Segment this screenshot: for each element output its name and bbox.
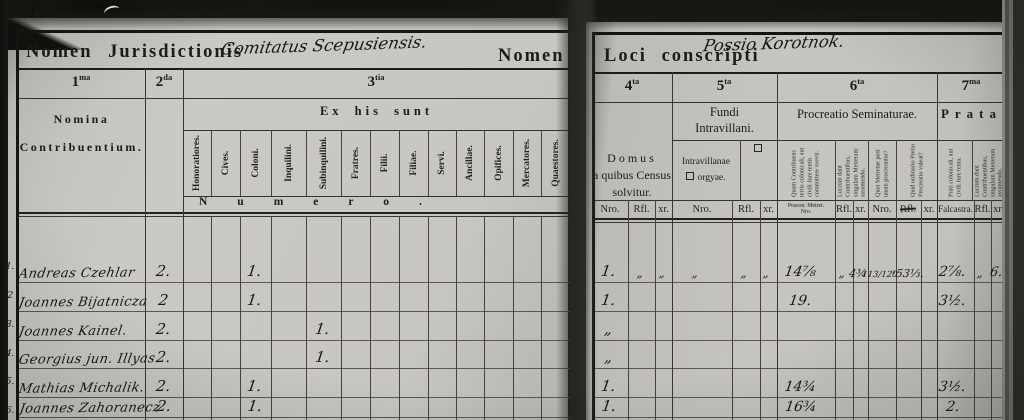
- rule-vertical: [484, 216, 485, 420]
- intravillanae-orgyae-subheader: Intravillanae orgyae.: [672, 140, 740, 200]
- unit-label-rfl: Rfl.: [974, 200, 991, 218]
- unit-label-nro: Nro.: [868, 200, 896, 218]
- subcolumn-opifices: Opifices.: [484, 130, 513, 196]
- rule-horizontal: [18, 68, 570, 70]
- unit-label-text: Rfl.: [836, 204, 852, 215]
- unit-label-text: xr.: [855, 204, 866, 215]
- column-number-base: 1: [72, 74, 80, 90]
- cell-subinquilini: 1.: [299, 311, 347, 338]
- cell-metret-nro: 19.: [777, 282, 825, 309]
- rule-horizontal: [16, 30, 572, 33]
- row-name: Joannes Kainel.: [18, 310, 161, 339]
- row-name: Georgius jun. Illyas.: [18, 339, 161, 367]
- row-number: 5.: [2, 376, 17, 387]
- domus-census-header: Domus a quibus Census solvitur.: [592, 150, 672, 200]
- procreatio-rotated-text: Quot Metretae post unam procreantur?: [874, 143, 890, 197]
- cell-persons: 2.: [140, 368, 188, 395]
- subcolumn-label: Servi.: [437, 151, 447, 174]
- column-number-ordinal-suffix: ma: [969, 76, 980, 86]
- rule-vertical: [655, 200, 656, 420]
- cell-fundi-nro: „: [672, 253, 720, 280]
- nomina-contribuentium-header: Nomina Contribuentium.: [18, 112, 145, 155]
- fundi-intravillani-header: Fundi Intravillani.: [672, 105, 777, 136]
- unit-label-falcastra: Falcastra.: [937, 200, 974, 218]
- procreatio-rotated-text: Quid ordinario Pretio Procreatio valeat?: [909, 143, 925, 197]
- prata-header: Prata: [937, 106, 1006, 122]
- subcolumn-label: Filii.: [380, 154, 390, 173]
- procreatio-rotated-subheader: Quot Metretae post unam procreantur?: [868, 140, 896, 200]
- procreatio-rotated-subheader: Quid ordinario Pretio Procreatio valeat?: [896, 140, 937, 200]
- cell-domus-nro: „: [585, 311, 633, 338]
- unit-label-xr: xr.: [853, 200, 868, 218]
- fundi-line: Fundi: [672, 105, 777, 121]
- subcolumn-label: Inquilini.: [284, 144, 294, 182]
- census-register-scan: . ſ . Nomen Jurisdictionis Comitatus Sce…: [0, 0, 1024, 420]
- unit-label-text: xr.: [763, 204, 774, 215]
- subcolumn-cives: Cives.: [211, 130, 240, 196]
- rule-vertical: [428, 216, 429, 420]
- rule-vertical: [399, 216, 400, 420]
- subcolumn-label: Coloni.: [251, 148, 261, 177]
- row-number: 1.: [2, 261, 17, 272]
- row-number: 6.: [2, 405, 17, 416]
- column-number-ordinal-suffix: ta: [857, 76, 864, 86]
- subcolumn-label: Subinquilini.: [319, 137, 329, 190]
- row-name: Andreas Czehlar: [18, 252, 161, 281]
- unit-label-xr: xr.: [921, 200, 937, 218]
- subcolumn-ancillae: Ancillae.: [456, 130, 484, 196]
- orgyae-text: orgyae.: [697, 173, 725, 183]
- column-number-ordinal-suffix: da: [163, 72, 172, 82]
- subcolumn-filii: Filii.: [370, 130, 399, 196]
- column-number-base: 3: [368, 74, 376, 90]
- cell-coloni: 1.: [231, 282, 279, 309]
- column-number-3: 3tia: [346, 72, 406, 91]
- scan-scratch-mark: [103, 4, 122, 19]
- unit-label-xr: xr.: [991, 200, 1006, 218]
- procreatio-rotated-subheader: Lucrum dant Contribuentibus, singulam Me…: [835, 140, 868, 200]
- prata-rotated-subheader: Lucrum dant Contribuentibus, singulam Me…: [972, 140, 1006, 200]
- column-number-ordinal-suffix: ta: [632, 76, 639, 86]
- cell-subinquilini: 1.: [299, 340, 347, 366]
- unit-label-xr: xr.: [655, 200, 672, 218]
- subcolumn-servi: Servi.: [428, 130, 456, 196]
- subcolumn-filiae: Filiae.: [399, 130, 428, 196]
- rule-vertical: [991, 200, 992, 420]
- rule-horizontal: [592, 311, 1004, 312]
- unit-label-text: xr.: [993, 204, 1004, 215]
- rule-horizontal: [592, 102, 1006, 103]
- column-number-base: 7: [962, 78, 970, 94]
- rule-horizontal: [18, 98, 570, 99]
- unit-label-line: Nro.: [801, 209, 811, 215]
- row-name: Joannes Bijatnicza: [18, 281, 161, 310]
- scan-blotch: [250, 0, 510, 14]
- rule-horizontal: [592, 417, 1004, 418]
- cell-coloni: 1.: [231, 368, 279, 395]
- rule-vertical: [921, 200, 922, 420]
- cell-domus-nro: 1.: [585, 282, 633, 309]
- rule-vertical: [456, 216, 457, 420]
- rule-vertical: [853, 200, 854, 420]
- unit-label-text: Falcastra.: [938, 204, 973, 214]
- rule-vertical: [211, 216, 212, 420]
- subcolumn-quaestores: Quaestores.: [541, 130, 570, 196]
- subcolumn-mercatores: Mercatores.: [513, 130, 541, 196]
- row-name: Mathias Michalik.: [18, 367, 161, 396]
- unit-label-xr: xr.: [760, 200, 777, 218]
- unit-label-text: Nro.: [693, 204, 712, 215]
- procreatio-rotated-text: Quam Contribuens terris colonicali, aut …: [791, 143, 822, 197]
- column-number-7: 7ma: [941, 76, 1001, 95]
- row-number: 2: [2, 290, 17, 301]
- cell-prata-xr: 6.: [973, 253, 1021, 280]
- subcolumn-label: Honoratiores.: [192, 135, 202, 191]
- column-number-ordinal-suffix: ta: [724, 76, 731, 86]
- unit-label-rfl: Rfl.: [835, 200, 853, 218]
- unit-label-text: Rfl.: [738, 204, 754, 215]
- rule-horizontal: [18, 417, 570, 418]
- procreatio-rotated-subheader: Quam Contribuens terris colonicali, aut …: [777, 140, 835, 200]
- unit-label-text: xr.: [658, 204, 669, 215]
- unit-label-text: Rfl.: [974, 204, 990, 215]
- subcolumn-coloni: Coloni.: [240, 130, 271, 196]
- rule-vertical: [732, 200, 733, 420]
- row-number: 3.: [2, 319, 17, 330]
- nomina-line: Nomina: [18, 112, 145, 126]
- nomen-label: Nomen: [498, 46, 565, 67]
- column-number-4: 4ta: [602, 76, 662, 95]
- corner-pen-marks: . ſ .: [12, 2, 62, 16]
- column-number-2: 2da: [134, 72, 194, 91]
- domus-line: a quibus Census: [592, 167, 672, 184]
- rule-vertical: [1004, 32, 1006, 420]
- column-number-5: 5ta: [694, 76, 754, 95]
- unit-label-text: Rfl.: [633, 204, 649, 215]
- row-number: 4.: [2, 348, 17, 359]
- cell-domus-nro: 1.: [586, 397, 633, 415]
- subcolumn-fratres: Fratres.: [341, 130, 370, 196]
- cell-domus-nro: 1.: [585, 368, 633, 395]
- unit-label-text: Rfl.: [900, 203, 917, 215]
- rule-vertical: [541, 216, 542, 420]
- unit-label-nro: Nro.: [592, 200, 628, 218]
- prata-rotated-subheader: Prati colonicali, aut civili Jure tenta.: [937, 140, 972, 200]
- unit-label-nro: Nro.: [672, 200, 732, 218]
- cell-persons: 2.: [141, 397, 188, 415]
- cell-metret-nro: 14⅞: [777, 253, 825, 280]
- unit-label-text: Nro.: [873, 204, 892, 215]
- prata-rotated-text: Lucrum dant Contribuentibus, singulam Me…: [974, 143, 1005, 197]
- subcolumn-label: Opifices.: [494, 145, 504, 181]
- rule-horizontal: [592, 340, 1004, 341]
- cell-persons: 2.: [140, 311, 188, 338]
- subcolumn-label: Ancillae.: [465, 145, 475, 181]
- unit-label-possonmetretnro: Posson. Metret.Nro.: [777, 200, 835, 218]
- cell-quot-rfl: ˣ53⅓.: [885, 253, 933, 280]
- unit-label-rfl: Rfl.: [628, 200, 655, 218]
- fundi-line: Intravillani.: [672, 121, 777, 137]
- unit-label-text: Nro.: [601, 204, 620, 215]
- scan-blotch: [52, 0, 148, 18]
- domus-line: solvitur.: [592, 184, 672, 201]
- procreatio-rotated-text: Lucrum dant Contribuentibus, singulam Me…: [836, 143, 867, 197]
- cell-falcastra: 2.: [930, 397, 977, 415]
- column-number-ordinal-suffix: ma: [79, 72, 90, 82]
- cell-coloni: 1.: [231, 253, 279, 280]
- column-number-ordinal-suffix: tia: [375, 72, 384, 82]
- square-symbol-icon: [686, 172, 694, 180]
- domus-line: Domus: [592, 150, 672, 167]
- cell-falcastra: 3½.: [929, 368, 977, 395]
- subcolumn-label: Fratres.: [351, 147, 361, 179]
- rule-vertical: [777, 72, 778, 420]
- rule-horizontal: [592, 72, 1006, 74]
- rule-horizontal: [18, 216, 570, 217]
- prata-rotated-text: Prati colonicali, aut civili Jure tenta.: [947, 143, 963, 197]
- contribuentium-line: Contribuentium.: [20, 140, 144, 154]
- subcolumn-inquilini: Inquilini.: [271, 130, 306, 196]
- square-symbol-icon: [754, 144, 762, 152]
- numero-row-label: Numero.: [199, 196, 452, 208]
- unit-label-rfl: Rfl.: [732, 200, 760, 218]
- subcolumn-honoratiores: Honoratiores.: [183, 130, 211, 196]
- subcolumn-label: Quaestores.: [551, 139, 561, 187]
- unit-label-text: xr.: [924, 204, 935, 215]
- rule-horizontal: [18, 212, 570, 214]
- subcolumn-label: Mercatores.: [522, 139, 532, 187]
- column-number-6: 6ta: [827, 76, 887, 95]
- rule-vertical: [760, 200, 761, 420]
- rule-vertical: [740, 140, 741, 200]
- procreatio-seminaturae-header: Procreatio Seminaturae.: [777, 107, 937, 122]
- unit-label-rfl: Rfl.: [896, 200, 921, 218]
- rule-vertical: [370, 216, 371, 420]
- subcolumn-subinquilini: Subinquilini.: [306, 130, 341, 196]
- cell-coloni: 1.: [232, 397, 279, 415]
- rule-vertical: [513, 216, 514, 420]
- cell-metret-nro: 16¾: [778, 397, 825, 415]
- cell-falcastra: 3½.: [929, 282, 977, 309]
- subcolumn-label: Cives.: [221, 151, 231, 176]
- cell-persons: 2: [140, 282, 188, 309]
- row-name: Joannes Zahoranecz: [18, 396, 159, 416]
- cell-domus-nro: „: [585, 340, 633, 366]
- column-number-1: 1ma: [51, 72, 111, 91]
- cell-persons: 2.: [140, 340, 188, 366]
- intravillanae-line: Intravillanae: [682, 154, 730, 170]
- subcolumn-label: Filiae.: [409, 150, 419, 175]
- orgyae-line: orgyae.: [686, 170, 725, 186]
- jurisdiction-label: Nomen Jurisdictionis: [26, 42, 243, 63]
- cell-metret-nro: 14¾: [777, 368, 825, 395]
- ex-his-sunt-header: Ex his sunt: [183, 104, 570, 119]
- cell-persons: 2.: [140, 253, 188, 280]
- rule-vertical: [570, 30, 572, 420]
